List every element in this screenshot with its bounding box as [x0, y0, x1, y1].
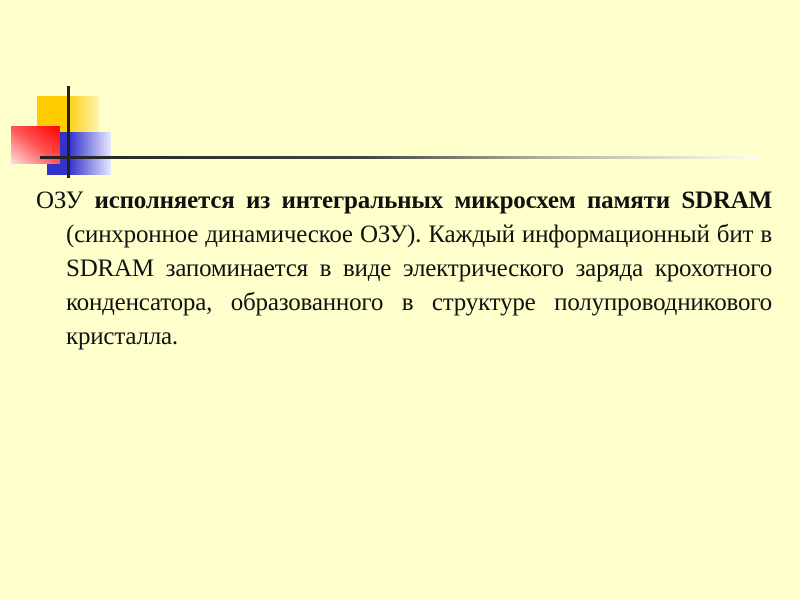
slide-body: ОЗУ исполняется из интегральных микросхе…	[36, 184, 772, 354]
body-paragraph: ОЗУ исполняется из интегральных микросхе…	[36, 184, 772, 354]
paragraph-bold: исполняется из интегральных микросхем па…	[94, 187, 772, 214]
horizontal-rule	[40, 156, 760, 159]
vertical-line-decoration	[67, 86, 70, 178]
title-decoration	[0, 0, 800, 200]
paragraph-rest: (синхронное динамическое ОЗУ). Каждый ин…	[66, 221, 772, 350]
paragraph-lead: ОЗУ	[36, 187, 94, 214]
